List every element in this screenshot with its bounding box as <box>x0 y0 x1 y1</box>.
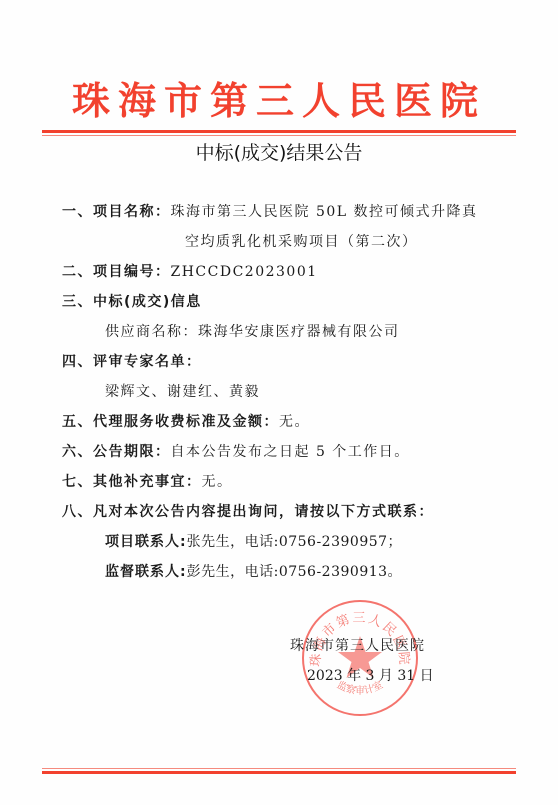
official-seal: 珠海市第三人民医院 监察审计室 <box>302 600 418 716</box>
contact-label: 监督联系人: <box>105 564 187 580</box>
section-label: 六、公告期限： <box>62 444 171 460</box>
signature-date: 2023 年 3 月 31 日 <box>307 666 434 686</box>
section-project-number: 二、项目编号：ZHCCDC2023001 <box>62 262 318 282</box>
contact-label: 项目联系人: <box>105 534 187 550</box>
section-expert-list: 四、评审专家名单： <box>62 352 202 372</box>
footer-rule-thin <box>42 768 516 769</box>
contact-project: 项目联系人:张先生，电话:0756-2390957； <box>105 532 402 552</box>
section-value: 珠海市第三人民医院 50L 数控可倾式升降真 <box>171 204 478 220</box>
document-page: 珠海市第三人民医院 中标(成交)结果公告 一、项目名称：珠海市第三人民医院 50… <box>0 0 558 805</box>
contact-value: 张先生，电话:0756-2390957； <box>187 534 402 550</box>
section-project-name-continued: 空均质乳化机采购项目（第二次） <box>185 232 418 252</box>
supplier-name: 供应商名称：珠海华安康医疗器械有限公司 <box>105 322 400 342</box>
section-value: 梁辉文、谢建红、黄毅 <box>105 384 260 400</box>
section-other-matters: 七、其他补充事宜：无。 <box>62 472 233 492</box>
section-notice-period: 六、公告期限：自本公告发布之日起 5 个工作日。 <box>62 442 410 462</box>
seal-star-icon: 珠海市第三人民医院 监察审计室 <box>304 602 416 714</box>
section-agency-fee: 五、代理服务收费标准及金额：无。 <box>62 412 310 432</box>
section-label: 二、项目编号： <box>62 264 171 280</box>
section-value: ZHCCDC2023001 <box>171 264 318 280</box>
section-value: 自本公告发布之日起 5 个工作日。 <box>171 444 410 460</box>
section-label: 三、中标(成交)信息 <box>62 294 202 310</box>
section-value: 供应商名称：珠海华安康医疗器械有限公司 <box>105 324 400 340</box>
section-label: 五、代理服务收费标准及金额： <box>62 414 279 430</box>
signature-organization: 珠海市第三人民医院 <box>290 636 425 656</box>
document-title: 中标(成交)结果公告 <box>42 138 516 168</box>
organization-letterhead: 珠海市第三人民医院 <box>42 78 516 124</box>
expert-names: 梁辉文、谢建红、黄毅 <box>105 382 260 402</box>
section-award-info: 三、中标(成交)信息 <box>62 292 202 312</box>
section-label: 四、评审专家名单： <box>62 354 202 370</box>
section-label: 八、凡对本次公告内容提出询问，请按以下方式联系： <box>62 504 434 520</box>
header-rule-thick <box>42 130 516 133</box>
section-inquiries: 八、凡对本次公告内容提出询问，请按以下方式联系： <box>62 502 434 522</box>
footer-rule-thick <box>42 771 516 774</box>
section-label: 七、其他补充事宜： <box>62 474 202 490</box>
section-project-name: 一、项目名称：珠海市第三人民医院 50L 数控可倾式升降真 <box>62 202 478 222</box>
header-rule-thin <box>42 135 516 136</box>
section-value: 空均质乳化机采购项目（第二次） <box>185 234 418 250</box>
section-value: 无。 <box>202 474 233 490</box>
section-value: 无。 <box>279 414 310 430</box>
section-label: 一、项目名称： <box>62 204 171 220</box>
contact-value: 彭先生，电话:0756-2390913。 <box>187 564 402 580</box>
contact-supervision: 监督联系人:彭先生，电话:0756-2390913。 <box>105 562 402 582</box>
